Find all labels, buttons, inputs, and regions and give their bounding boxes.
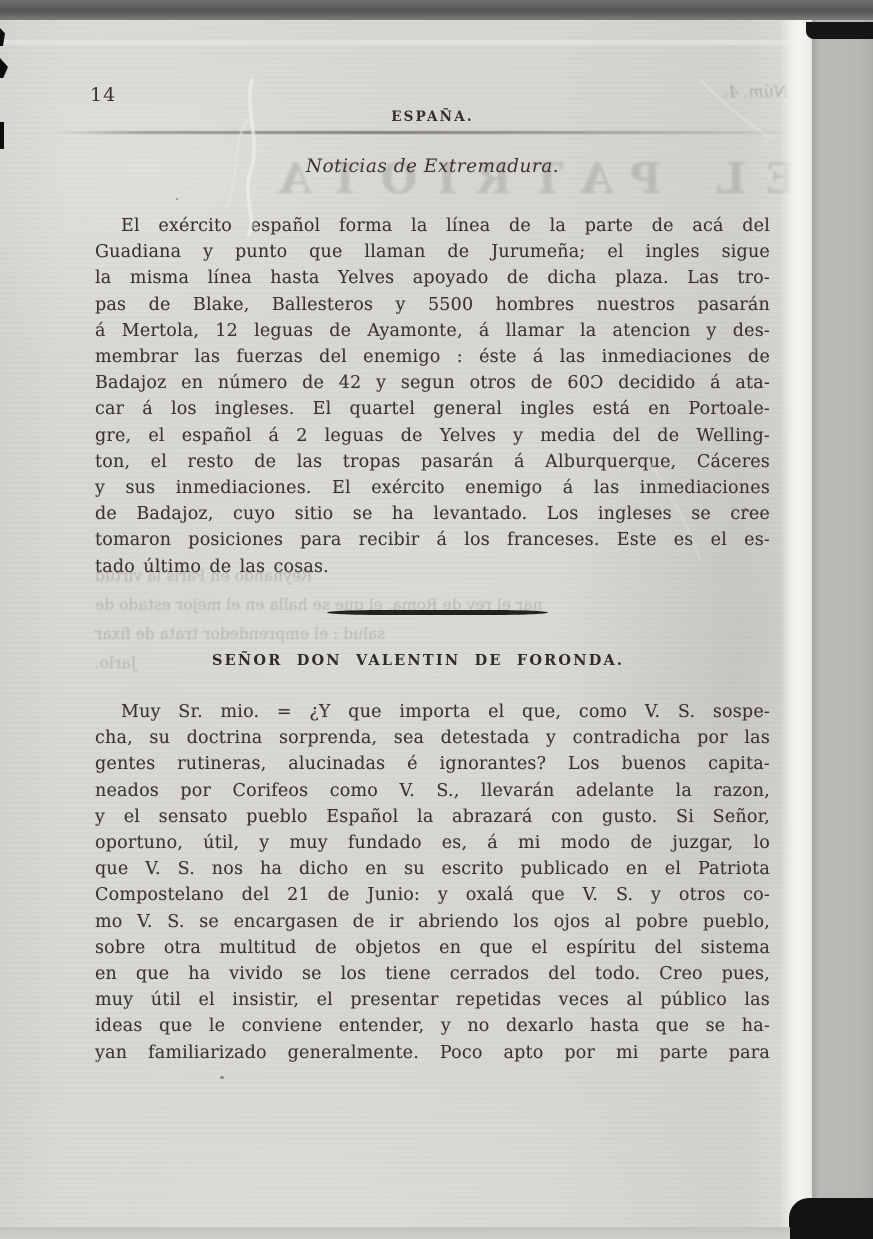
header-rule bbox=[55, 131, 807, 134]
text-line: El exército español forma la línea de la… bbox=[95, 213, 770, 239]
page-number: 14 bbox=[90, 84, 116, 106]
text-line: gentes rutineras, alucinadas é ignorante… bbox=[95, 751, 770, 777]
text-line: tomaron posiciones para recibir á los fr… bbox=[95, 527, 770, 553]
text-line: pas de Blake, Ballesteros y 5500 hombres… bbox=[95, 292, 770, 318]
running-header: ESPAÑA. bbox=[95, 109, 770, 125]
scan-bottom-edge bbox=[0, 1227, 790, 1239]
showthrough-line: nar el rey de Roma, el que se halla en e… bbox=[95, 591, 777, 620]
section-divider-rule bbox=[327, 610, 548, 615]
text-line: muy útil el insistir, el presentar repet… bbox=[95, 987, 770, 1013]
text-line: mo V. S. se encargasen de ir abriendo lo… bbox=[95, 909, 770, 935]
text-line: ideas que le conviene entender, y no dex… bbox=[95, 1013, 770, 1039]
text-line: tado último de las cosas. bbox=[95, 554, 770, 580]
text-line: Muy Sr. mio. = ¿Y que importa el que, co… bbox=[95, 699, 770, 725]
page-edge-highlight bbox=[780, 20, 814, 1239]
text-line: que V. S. nos ha dicho en su escrito pub… bbox=[95, 856, 770, 882]
letter-paragraph: Muy Sr. mio. = ¿Y que importa el que, co… bbox=[95, 699, 770, 1066]
text-line: y sus inmediaciones. El exército enemigo… bbox=[95, 475, 770, 501]
adjacent-page-gutter bbox=[812, 20, 873, 1239]
text-line: Badajoz en número de 42 y segun otros de… bbox=[95, 370, 770, 396]
text-line: oportuno, útil, y muy fundado es, á mi m… bbox=[95, 830, 770, 856]
text-line: á Mertola, 12 leguas de Ayamonte, á llam… bbox=[95, 318, 770, 344]
scanned-book-page: Núm. 4. EL PATRIOTA Reynando en París la… bbox=[0, 0, 873, 1239]
paper-top-highlight bbox=[0, 40, 800, 45]
gutter-top-shadow bbox=[806, 22, 873, 39]
scan-edge-mark bbox=[0, 122, 4, 149]
ink-speck bbox=[220, 1076, 224, 1079]
gutter-bottom-shadow bbox=[789, 1198, 873, 1239]
text-line: membrar las fuerzas del enemigo : éste á… bbox=[95, 344, 770, 370]
text-line: car á los ingleses. El quartel general i… bbox=[95, 396, 770, 422]
text-line: y el sensato pueblo Español la abrazará … bbox=[95, 804, 770, 830]
text-line: Guadiana y punto que llaman de Jurumeña;… bbox=[95, 239, 770, 265]
showthrough-issue-number: Núm. 4. bbox=[688, 82, 788, 101]
text-line: cha, su doctrina sorprenda, sea detestad… bbox=[95, 725, 770, 751]
text-line: en que ha vivido se los tiene cerrados d… bbox=[95, 961, 770, 987]
text-line: de Badajoz, cuyo sitio se ha levantado. … bbox=[95, 501, 770, 527]
letter-heading: SEÑOR DON VALENTIN DE FORONDA. bbox=[212, 652, 624, 669]
ink-speck bbox=[744, 508, 747, 511]
book-page-paper: Núm. 4. EL PATRIOTA Reynando en París la… bbox=[0, 20, 800, 1239]
text-line: yan familiarizado generalmente. Poco apt… bbox=[95, 1040, 770, 1066]
article-title: Noticias de Extremadura. bbox=[95, 156, 770, 177]
text-line: gre, el español á 2 leguas de Yelves y m… bbox=[95, 423, 770, 449]
text-line: neados por Corifeos como V. S., llevarán… bbox=[95, 778, 770, 804]
article-paragraph: El exército español forma la línea de la… bbox=[95, 213, 770, 580]
scan-top-edge bbox=[0, 0, 873, 20]
ink-speck bbox=[176, 198, 178, 200]
text-line: ton, el resto de las tropas pasarán á Al… bbox=[95, 449, 770, 475]
text-line: sobre otra multitud de objetos en que el… bbox=[95, 935, 770, 961]
showthrough-line: salud : el emprendedor trata de fixar bbox=[95, 620, 777, 649]
text-line: Compostelano del 21 de Junio: y oxalá qu… bbox=[95, 882, 770, 908]
text-line: la misma línea hasta Yelves apoyado de d… bbox=[95, 265, 770, 291]
